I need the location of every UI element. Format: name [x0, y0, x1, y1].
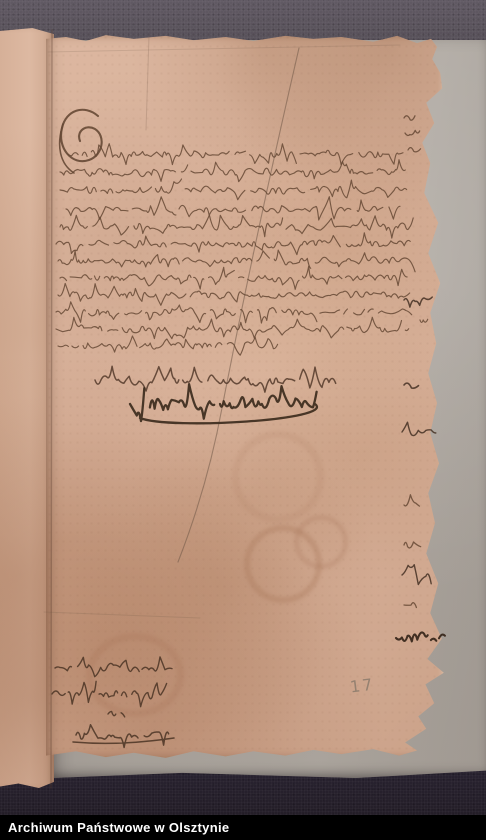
water-ring-stain	[232, 431, 324, 523]
archive-caption-bar: Archiwum Państwowe w Olsztynie	[0, 815, 486, 840]
pencil-page-number: 17	[349, 675, 375, 697]
manuscript-page	[46, 33, 445, 760]
binding-fold-strip	[0, 28, 54, 788]
water-ring-stain	[294, 515, 348, 569]
water-ring-stain	[86, 633, 184, 717]
archival-scan-photo: 17 Archiwum Państwowe w Olsztynie	[0, 0, 486, 840]
archive-name-label: Archiwum Państwowe w Olsztynie	[0, 820, 229, 835]
